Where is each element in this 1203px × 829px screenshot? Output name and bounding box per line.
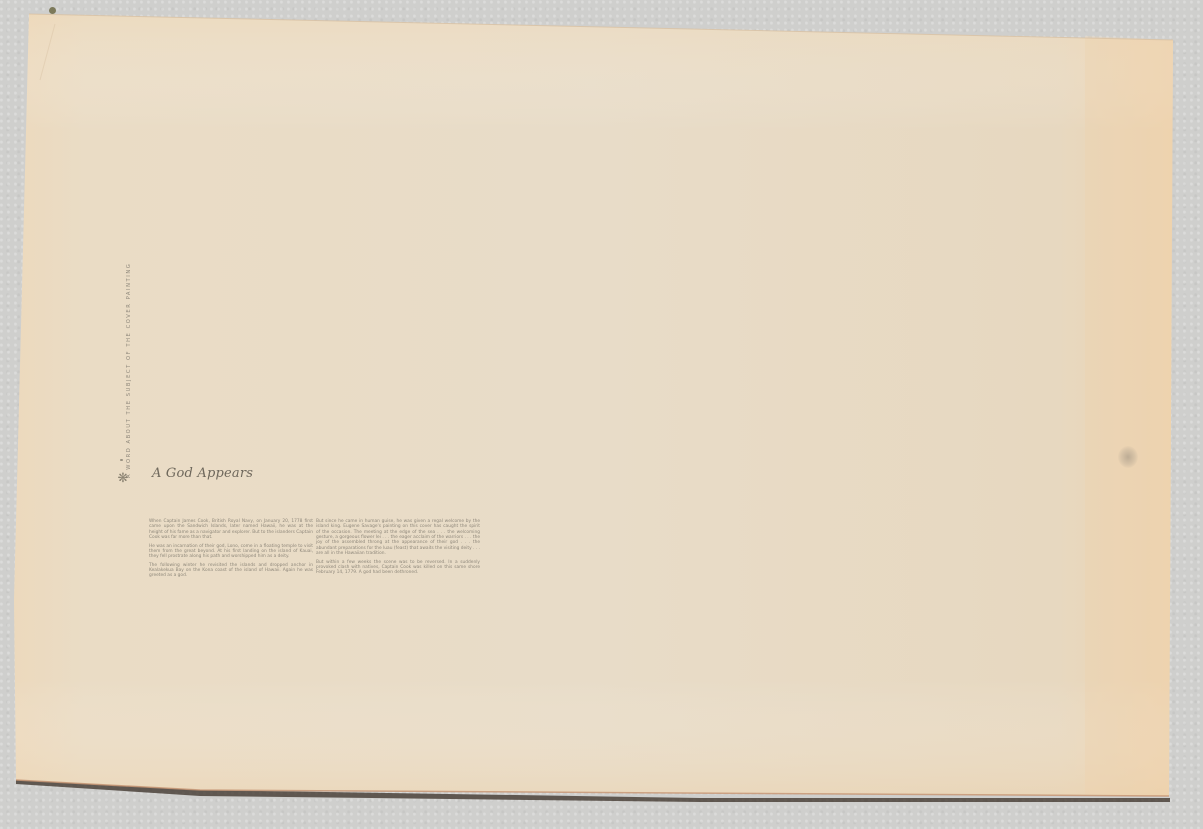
flower-asterisk-icon: ❋ (116, 472, 130, 486)
small-mark (120, 459, 123, 461)
vertical-caption: A word about the subject of the cover pa… (126, 263, 132, 478)
pin-speck (49, 7, 56, 14)
paragraph: The following winter he revisited the is… (149, 563, 313, 579)
document-content: A word about the subject of the cover pa… (0, 0, 1203, 829)
paragraph: When Captain James Cook, British Royal N… (149, 519, 313, 540)
article-title: A God Appears (152, 466, 253, 481)
article-column-right: But since he came in human guise, he was… (316, 519, 480, 579)
stain-spot (1118, 446, 1138, 468)
article-column-left: When Captain James Cook, British Royal N… (149, 519, 313, 582)
paragraph: But within a few weeks the scene was to … (316, 560, 480, 576)
paragraph: But since he came in human guise, he was… (316, 519, 480, 556)
paragraph: He was an incarnation of their god, Lono… (149, 544, 313, 560)
